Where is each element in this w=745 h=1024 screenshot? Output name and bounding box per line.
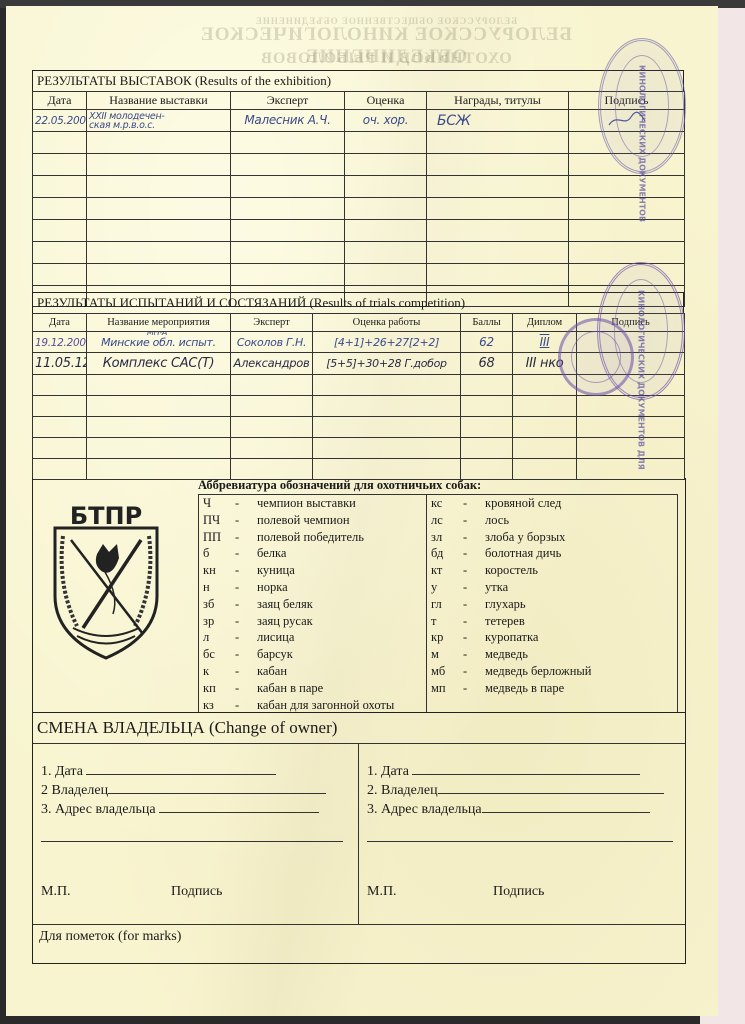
cell-event-name: Комплекс САС(Т) [87, 353, 231, 375]
list-item: н-норка [199, 579, 426, 596]
table-row: 22.05.2009г XXII молодечен-ская м.р.в.о.… [33, 110, 685, 132]
col-header-date: Дата [33, 92, 87, 110]
col-header-show-name: Название выставки [87, 92, 231, 110]
cell-awards: БСЖ [427, 110, 569, 132]
list-item: Ч-чемпион выставки [199, 495, 426, 512]
table-row [33, 198, 685, 220]
list-item: м-медведь [427, 646, 677, 663]
cell-work-grade: [5+5]+30+28 Г.добор [313, 353, 461, 375]
signature-label: Подпись [171, 884, 222, 900]
cell-date: 11.05.12 [33, 353, 87, 375]
list-item: к-кабан [199, 663, 426, 680]
marks-label: Для пометок (for marks) [39, 929, 181, 944]
list-item: кс-кровяной след [427, 495, 677, 512]
btpr-emblem-icon: БТПР [47, 496, 165, 662]
table-header-row: Дата Название выставки Эксперт Оценка На… [33, 92, 685, 110]
table-row [33, 154, 685, 176]
address-field[interactable]: 3. Адрес владельца [367, 800, 650, 818]
address-field[interactable]: 3. Адрес владельца [41, 800, 319, 818]
list-item: кн-куница [199, 562, 426, 579]
abbreviations-left-column: Ч-чемпион выставки ПЧ-полевой чемпион ПП… [199, 495, 427, 713]
expert-round-stamp [558, 318, 634, 396]
list-item: зб-заяц беляк [199, 596, 426, 613]
list-item: б-белка [199, 545, 426, 562]
list-item: кз-кабан для загонной охоты [199, 697, 426, 714]
col-header-points: Баллы [461, 314, 513, 332]
cell-show-name: XXII молодечен-ская м.р.в.о.с. [87, 110, 231, 132]
list-item: ПЧ-полевой чемпион [199, 512, 426, 529]
list-item: т-тетерев [427, 613, 677, 630]
owner-change-block-2: 1. Дата 2. Владелец 3. Адрес владельца М… [359, 744, 684, 924]
date-field[interactable]: 1. Дата [41, 762, 276, 780]
table-row [33, 220, 685, 242]
list-item: зр-заяц русак [199, 613, 426, 630]
organization-stamp: КИНОЛОГИЧЕСКИХ ДОКУМЕНТОВ [598, 38, 686, 174]
list-item: кт-коростель [427, 562, 677, 579]
trials-title: РЕЗУЛЬТАТЫ ИСПЫТАНИЙ И СОСТЯЗАНИЙ (Resul… [32, 292, 684, 313]
cell-points: 62 [461, 332, 513, 353]
table-row [33, 264, 685, 286]
list-item: мб-медведь берложный [427, 663, 677, 680]
cell-expert: Малесник А.Ч. [231, 110, 345, 132]
exhibition-table: Дата Название выставки Эксперт Оценка На… [32, 91, 685, 307]
table-row [33, 417, 685, 438]
exhibition-results-section: РЕЗУЛЬТАТЫ ВЫСТАВОК (Results of the exhi… [32, 70, 684, 307]
col-header-work-grade: Оценка работы [313, 314, 461, 332]
col-header-grade: Оценка [345, 92, 427, 110]
owner-field[interactable]: 2 Владелец [41, 781, 326, 799]
marks-field[interactable]: Для пометок (for marks) [33, 924, 685, 962]
list-item: зл-злоба у борзых [427, 529, 677, 546]
cell-date: 19.12.2009 [33, 332, 87, 353]
address-line-2[interactable] [367, 840, 673, 842]
cell-grade: оч. хор. [345, 110, 427, 132]
change-of-owner-section: СМЕНА ВЛАДЕЛЬЦА (Change of owner) 1. Дат… [32, 712, 686, 964]
table-row [33, 396, 685, 417]
col-header-awards: Награды, титулы [427, 92, 569, 110]
owner-change-block-1: 1. Дата 2 Владелец 3. Адрес владельца М.… [33, 744, 359, 924]
seal-label: М.П. [367, 884, 397, 900]
abbreviations-right-column: кс-кровяной след лс-лось зл-злоба у борз… [427, 495, 677, 697]
col-header-date: Дата [33, 314, 87, 332]
cell-points: 68 [461, 353, 513, 375]
list-item: л-лисица [199, 629, 426, 646]
list-item: бс-барсук [199, 646, 426, 663]
abbreviations-title: Аббревиатура обозначений для охотничьих … [198, 478, 481, 493]
svg-text:БТПР: БТПР [70, 502, 142, 530]
list-item: гл-глухарь [427, 596, 677, 613]
table-row [33, 176, 685, 198]
list-item: лс-лось [427, 512, 677, 529]
abbreviations-section: Аббревиатура обозначений для охотничьих … [32, 478, 686, 713]
change-of-owner-title: СМЕНА ВЛАДЕЛЬЦА (Change of owner) [33, 713, 685, 744]
exhibition-title: РЕЗУЛЬТАТЫ ВЫСТАВОК (Results of the exhi… [32, 70, 684, 91]
table-row [33, 459, 685, 480]
col-header-event-name: Название мероприятия [87, 314, 231, 332]
cell-expert: Александров [231, 353, 313, 375]
owner-field[interactable]: 2. Владелец [367, 781, 664, 799]
signature-label: Подпись [493, 884, 544, 900]
list-item: у-утка [427, 579, 677, 596]
table-row [33, 132, 685, 154]
list-item: ПП-полевой победитель [199, 529, 426, 546]
cell-work-grade: [4+1]+26+27[2+2] [313, 332, 461, 353]
list-item: кп-кабан в паре [199, 680, 426, 697]
cell-date: 22.05.2009г [33, 110, 87, 132]
list-item: бд-болотная дичь [427, 545, 677, 562]
col-header-expert: Эксперт [231, 92, 345, 110]
cell-event-name: МН-АМинские обл. испыт. [87, 332, 231, 353]
list-item: кр-куропатка [427, 629, 677, 646]
seal-label: М.П. [41, 884, 71, 900]
table-row [33, 242, 685, 264]
cell-expert: Соколов Г.Н. [231, 332, 313, 353]
table-row [33, 438, 685, 459]
abbreviations-table: Ч-чемпион выставки ПЧ-полевой чемпион ПП… [198, 494, 678, 713]
address-line-2[interactable] [41, 840, 343, 842]
bleed-through-text: ОХОТНИКОВ И РЫБОЛОВОВ [196, 50, 576, 68]
col-header-expert: Эксперт [231, 314, 313, 332]
date-field[interactable]: 1. Дата [367, 762, 640, 780]
col-header-diploma: Диплом [513, 314, 577, 332]
list-item: мп-медведь в паре [427, 680, 677, 697]
